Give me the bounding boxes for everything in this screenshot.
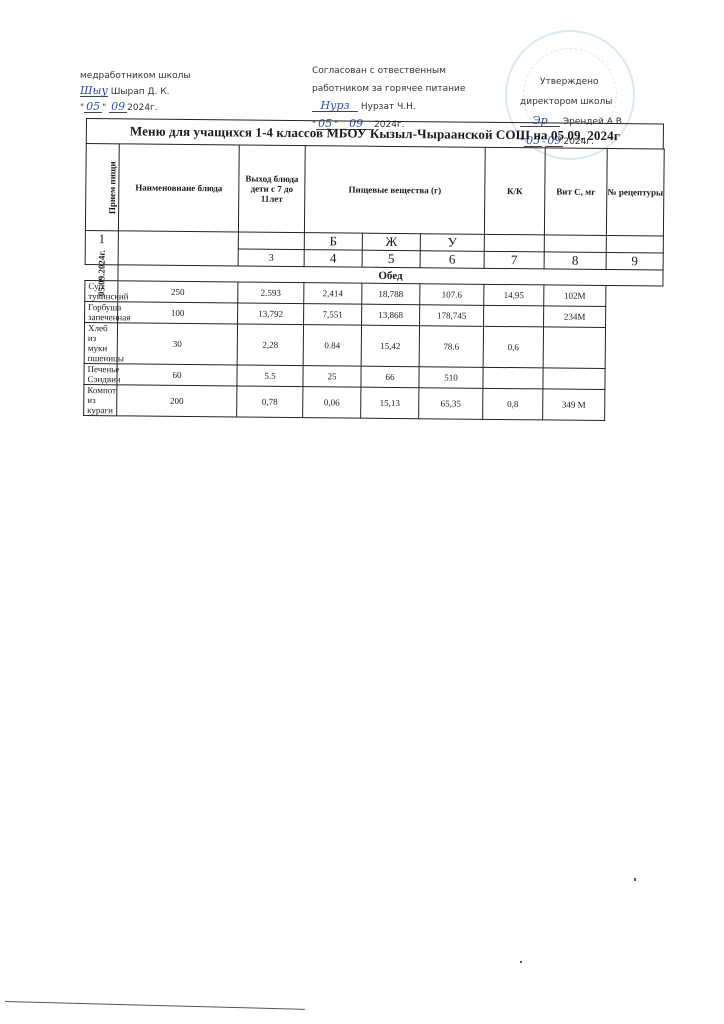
fat-cell: 7,551 bbox=[304, 304, 362, 326]
protein-cell: 2,28 bbox=[237, 324, 303, 366]
header-dish: Наименовнане блюда bbox=[118, 144, 239, 232]
table-row: Компот из кураги2000,780,0615,1365,350,8… bbox=[84, 384, 662, 421]
kcal-cell: 78.6 bbox=[419, 326, 483, 368]
col-num-7: 7 bbox=[484, 251, 544, 269]
blank-cell bbox=[238, 232, 304, 250]
fat-cell: 2,414 bbox=[304, 283, 362, 305]
signature-medical: Шыу bbox=[80, 85, 108, 97]
recipe-number-cell: 349 М bbox=[543, 389, 605, 421]
meal-date: 05.09.2024г. bbox=[85, 264, 118, 280]
approval-nutrition-line1: Согласован с отвественным bbox=[312, 62, 465, 80]
menu-table: Прием пищи Наименовнане блюда Выход блюд… bbox=[83, 143, 665, 422]
col-num-6: 6 bbox=[420, 251, 484, 269]
carbs-cell: 18,788 bbox=[362, 283, 420, 305]
portion-cell: 200 bbox=[117, 385, 237, 417]
menu-document: Меню для учащихся 1-4 классов МБОУ Кызыл… bbox=[83, 118, 664, 422]
blank-cell bbox=[118, 231, 238, 266]
kcal-cell: 107.6 bbox=[420, 284, 484, 306]
carbs-cell: 15,42 bbox=[361, 325, 419, 367]
vitamin-c-cell: 0,6 bbox=[483, 326, 543, 368]
nutrient-b-label: Б bbox=[304, 233, 362, 251]
blank-cell bbox=[484, 234, 544, 252]
kcal-cell: 65,35 bbox=[419, 388, 483, 420]
nutrient-zh-label: Ж bbox=[362, 233, 420, 251]
header-meal: Прием пищи bbox=[85, 144, 119, 231]
carbs-cell: 66 bbox=[361, 366, 419, 388]
col-num-5: 5 bbox=[362, 250, 420, 268]
recipe-number-cell: 234М bbox=[544, 306, 606, 328]
scan-speck bbox=[520, 961, 522, 963]
recipe-number-cell bbox=[543, 327, 605, 369]
recipe-number-cell bbox=[543, 368, 605, 390]
dish-name-cell: Компот из кураги bbox=[84, 384, 117, 415]
portion-cell: 250 bbox=[118, 281, 238, 303]
signature-nutrition: Нурз bbox=[312, 100, 358, 112]
carbs-cell: 13,868 bbox=[362, 304, 420, 326]
fat-cell: 0,06 bbox=[303, 387, 361, 419]
protein-cell: 0,78 bbox=[237, 386, 303, 418]
approval-medical-name: Шырап Д. К. bbox=[111, 87, 170, 97]
approval-director-line2: директором школы bbox=[520, 92, 622, 112]
vitamin-c-cell bbox=[484, 305, 544, 327]
recipe-number-cell: 102М bbox=[544, 285, 606, 307]
approval-nutrition-line2: работником за горячее питание bbox=[312, 80, 465, 98]
protein-cell: 2.593 bbox=[238, 282, 304, 304]
dish-name-cell: Печенье Сэндвич bbox=[84, 363, 117, 384]
approval-medical-month: 09 bbox=[109, 101, 127, 113]
header-portion: Выход блюда дети с 7 до 11лет bbox=[238, 145, 305, 233]
nutrient-u-label: У bbox=[420, 234, 484, 252]
col-num-8: 8 bbox=[544, 252, 606, 270]
scan-speck bbox=[634, 878, 636, 881]
approval-medical-year: 2024г. bbox=[127, 103, 158, 113]
col-num-3: 3 bbox=[238, 249, 304, 267]
footer-line bbox=[5, 1001, 305, 1010]
kcal-cell: 178,745 bbox=[420, 305, 484, 327]
kcal-cell: 510 bbox=[419, 367, 483, 389]
fat-cell: 0.84 bbox=[303, 325, 361, 367]
header-kcal: К/К bbox=[484, 147, 545, 235]
blank-cell bbox=[544, 235, 606, 253]
col-num-9: 9 bbox=[606, 253, 663, 271]
header-nutrients: Пищевые вещества (г) bbox=[304, 146, 485, 235]
portion-cell: 100 bbox=[118, 302, 238, 324]
protein-cell: 13,792 bbox=[238, 303, 304, 325]
dish-name-cell: Горбуша запеченная bbox=[85, 301, 118, 322]
header-vitc: Вит С, мг bbox=[544, 148, 607, 236]
vitamin-c-cell: 0,8 bbox=[483, 388, 543, 420]
approval-nutrition-name: Нурзат Ч.Н. bbox=[361, 102, 416, 112]
approval-medical-role: медработником школы bbox=[80, 68, 190, 84]
blank-cell bbox=[606, 236, 663, 254]
vitamin-c-cell bbox=[483, 367, 543, 389]
protein-cell: 5.5 bbox=[237, 365, 303, 387]
col-num-4: 4 bbox=[304, 250, 362, 268]
dish-name-cell: Хлеб из муки пшеницы bbox=[84, 322, 117, 363]
portion-cell: 60 bbox=[117, 364, 237, 386]
header-recipe: № рецептуры bbox=[606, 149, 664, 237]
approval-director-line1: Утверждено bbox=[520, 72, 622, 92]
fat-cell: 25 bbox=[303, 366, 361, 388]
carbs-cell: 15,13 bbox=[361, 387, 419, 419]
portion-cell: 30 bbox=[117, 323, 237, 365]
approval-medical: медработником школы Шыу Шырап Д. К. "05"… bbox=[80, 68, 190, 116]
table-row: Хлеб из муки пшеницы302,280.8415,4278.60… bbox=[84, 322, 662, 369]
approval-medical-day: 05 bbox=[84, 101, 102, 113]
vitamin-c-cell: 14,95 bbox=[484, 284, 544, 306]
